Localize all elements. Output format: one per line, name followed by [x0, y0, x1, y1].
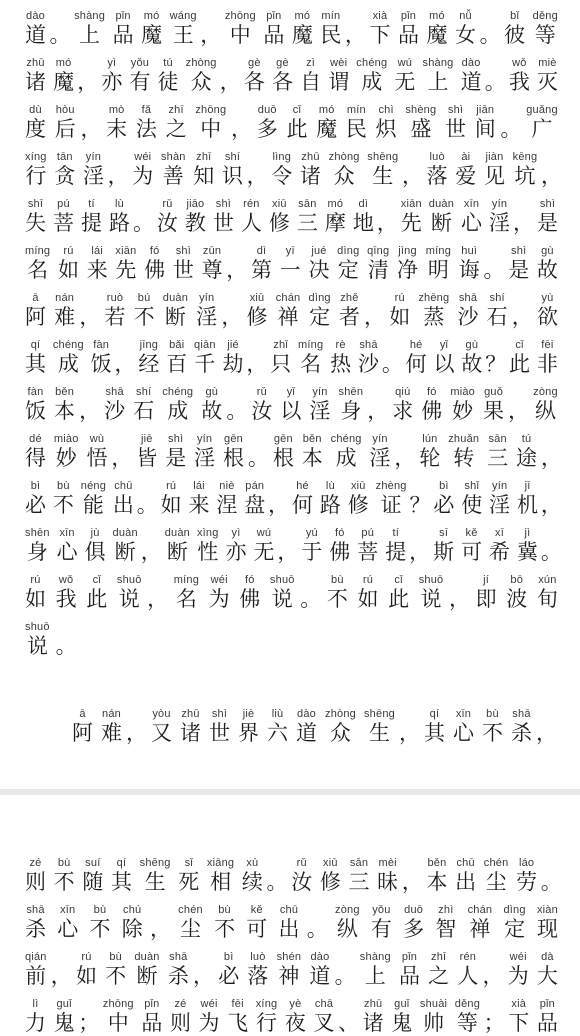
hanzi-char: 品 — [263, 24, 284, 48]
pinyin-annotation: xīn — [456, 706, 471, 722]
hanzi-char: 纵 — [337, 918, 358, 942]
hanzi-with-pinyin: xī希 — [489, 525, 510, 565]
hanzi-char: 成 — [58, 353, 79, 377]
pinyin-annotation: cǐ — [93, 572, 101, 588]
hanzi-char: 斯 — [433, 541, 454, 565]
hanzi-char: 可 — [461, 541, 482, 565]
pinyin-annotation — [142, 196, 145, 212]
hanzi-with-pinyin: chū出 — [113, 478, 134, 518]
hanzi-char: 一 — [280, 259, 301, 283]
punctuation-mark: 。 — [304, 572, 317, 612]
hanzi-with-pinyin: shēng生 — [367, 149, 398, 189]
pinyin-annotation: luò — [250, 949, 265, 965]
pinyin-annotation: shēn — [25, 525, 50, 541]
hanzi-char: 佛 — [239, 588, 260, 612]
hanzi-char: 禅 — [469, 918, 490, 942]
hanzi-with-pinyin: míng名 — [174, 572, 199, 612]
hanzi-char: 叉 — [314, 1012, 335, 1036]
hanzi-char: 不 — [54, 871, 75, 895]
punctuation-mark: ， — [487, 949, 500, 989]
hanzi-with-pinyin: bù不 — [105, 949, 126, 989]
hanzi-char: 佛 — [144, 259, 165, 283]
hanzi-with-pinyin: yín淫 — [370, 431, 391, 471]
hanzi-with-pinyin: bù不 — [53, 478, 74, 518]
pinyin-annotation: dì — [257, 243, 267, 259]
pinyin-annotation: zhī — [196, 149, 211, 165]
hanzi-char: 石 — [133, 400, 154, 424]
pinyin-annotation — [87, 996, 90, 1012]
hanzi-char: 上 — [365, 965, 386, 989]
hanzi-char: 劳 — [516, 871, 537, 895]
hanzi-with-pinyin: zhī知 — [193, 149, 214, 189]
hanzi-char: 相 — [210, 871, 231, 895]
hanzi-with-pinyin: yín淫 — [489, 478, 510, 518]
hanzi-char: 沙 — [358, 353, 379, 377]
hanzi-char: 本 — [426, 871, 447, 895]
pinyin-annotation — [545, 706, 548, 722]
hanzi-with-pinyin: lái来 — [87, 243, 108, 283]
hanzi-with-pinyin: zhōng中 — [195, 102, 226, 142]
hanzi-char: 。 — [137, 494, 158, 518]
hanzi-char: 者 — [339, 306, 360, 330]
hanzi-with-pinyin: wéi为 — [132, 149, 153, 189]
hanzi-with-pinyin: wáng王 — [170, 8, 197, 48]
hanzi-with-pinyin: tú徒 — [158, 55, 179, 95]
hanzi-with-pinyin: zhě者 — [339, 290, 360, 330]
hanzi-with-pinyin: rǔ汝 — [291, 855, 312, 895]
hanzi-with-pinyin: néng能 — [81, 478, 106, 518]
hanzi-char: 佛 — [329, 541, 350, 565]
pinyin-annotation: jīng — [140, 337, 159, 353]
hanzi-char: 菩 — [357, 541, 378, 565]
hanzi-char: 又 — [151, 722, 172, 746]
hanzi-char: 先 — [115, 259, 136, 283]
pinyin-annotation: rú — [363, 572, 373, 588]
hanzi-with-pinyin: xīn心 — [453, 706, 474, 746]
hanzi-with-pinyin: bì必 — [218, 949, 239, 989]
hanzi-with-pinyin: xiū修 — [348, 478, 369, 518]
punctuation-mark: 。 — [252, 431, 265, 471]
text-line: bì必bù不néng能chū出 。rú如lái来niè涅pán盘 ，hé何lù路… — [25, 478, 558, 518]
hanzi-char: 。 — [300, 588, 321, 612]
hanzi-char: 非 — [537, 353, 558, 377]
pinyin-annotation: xiū — [272, 196, 287, 212]
hanzi-with-pinyin: yín淫 — [194, 431, 215, 471]
hanzi-char: 说 — [272, 588, 293, 612]
pinyin-annotation: guǒ — [484, 384, 503, 400]
pinyin-annotation — [494, 337, 497, 353]
pinyin-annotation: shén — [277, 949, 302, 965]
hanzi-char: 断 — [165, 306, 186, 330]
pinyin-annotation: duō — [404, 902, 423, 918]
hanzi-with-pinyin: běn本 — [302, 431, 323, 471]
hanzi-with-pinyin: wǒ我 — [509, 55, 530, 95]
hanzi-with-pinyin: zhēng蒸 — [418, 290, 449, 330]
pinyin-annotation: chéng — [162, 384, 193, 400]
hanzi-with-pinyin: shí石 — [133, 384, 154, 424]
text-line: lì力guǐ鬼 ；zhōng中pǐn品zé则wéi为fēi飞xíng行yè夜ch… — [25, 996, 558, 1036]
hanzi-char: 悟 — [86, 447, 107, 471]
hanzi-with-pinyin: zhì智 — [435, 902, 456, 942]
hanzi-char: 欲 — [537, 306, 558, 330]
pinyin-annotation: chén — [484, 855, 509, 871]
hanzi-char: 皆 — [136, 447, 157, 471]
pinyin-annotation — [376, 384, 379, 400]
hanzi-with-pinyin: bì必 — [25, 478, 46, 518]
pinyin-annotation — [235, 384, 238, 400]
pinyin-annotation: shì — [176, 243, 191, 259]
hanzi-char: 。 — [248, 447, 269, 471]
hanzi-with-pinyin: rǔ汝 — [251, 384, 272, 424]
punctuation-mark: ， — [540, 706, 553, 746]
hanzi-char: 其 — [25, 353, 46, 377]
pinyin-annotation: lún — [422, 431, 437, 447]
hanzi-with-pinyin: gēn根 — [273, 431, 294, 471]
punctuation-mark: 。 — [339, 949, 352, 989]
pinyin-annotation: shí — [225, 149, 240, 165]
hanzi-with-pinyin: xìng性 — [197, 525, 219, 565]
pinyin-annotation: mó — [144, 8, 160, 24]
hanzi-char: 心 — [57, 918, 78, 942]
pinyin-annotation: pú — [57, 196, 70, 212]
hanzi-with-pinyin: guǎng广 — [526, 102, 558, 142]
pinyin-annotation: yù — [541, 290, 553, 306]
pinyin-annotation: yín — [312, 384, 327, 400]
hanzi-char: 蒸 — [423, 306, 444, 330]
text-line: ā阿nán难 ，yòu又zhū诸shì世jiè界liù六dào道zhòng众sh… — [25, 706, 558, 746]
pinyin-annotation — [89, 102, 92, 118]
pinyin-annotation — [255, 149, 258, 165]
hanzi-char: 故 — [537, 259, 558, 283]
hanzi-with-pinyin: jiè界 — [238, 706, 259, 746]
hanzi-with-pinyin: shàn善 — [161, 149, 186, 189]
hanzi-with-pinyin: dù度 — [25, 102, 46, 142]
hanzi-char: 为 — [508, 965, 529, 989]
pinyin-annotation: yǐ — [287, 384, 295, 400]
hanzi-with-pinyin: pú菩 — [357, 525, 378, 565]
hanzi-char: ， — [150, 918, 171, 942]
text-line: dù度hòu后 ，mò末fǎ法zhī之zhōng中 ，duō多cǐ此mó魔mín… — [25, 102, 558, 142]
pinyin-annotation: sān — [350, 855, 368, 871]
hanzi-char: 果 — [483, 400, 504, 424]
hanzi-with-pinyin: miào妙 — [54, 431, 79, 471]
pinyin-annotation: shā — [459, 290, 477, 306]
pinyin-annotation: xiū — [250, 290, 265, 306]
hanzi-char: 此 — [509, 353, 530, 377]
hanzi-char: 现 — [537, 918, 558, 942]
punctuation-mark: ， — [250, 337, 263, 377]
hanzi-char: 诸 — [300, 165, 321, 189]
pinyin-annotation: bì — [31, 478, 41, 494]
pinyin-annotation: bù — [109, 949, 122, 965]
hanzi-char: 大 — [537, 965, 558, 989]
hanzi-char: ， — [220, 71, 241, 95]
pinyin-annotation: yǒu — [131, 55, 149, 71]
text-line: zé则bù不suí随qí其shēng生sǐ死xiāng相xù续 。rǔ汝xiū修… — [25, 855, 558, 895]
pinyin-annotation: xīn — [464, 196, 479, 212]
hanzi-char: 教 — [185, 212, 206, 236]
pinyin-annotation — [493, 996, 496, 1012]
hanzi-char: 等 — [457, 1012, 478, 1036]
pinyin-annotation — [488, 8, 491, 24]
pinyin-annotation: chéng — [356, 55, 387, 71]
hanzi-with-pinyin: niè涅 — [216, 478, 237, 518]
hanzi-with-pinyin: shèng盛 — [405, 102, 436, 142]
hanzi-with-pinyin: dà大 — [537, 949, 558, 989]
hanzi-char: 自 — [300, 71, 321, 95]
paragraph-block-2: ā阿nán难 ，yòu又zhū诸shì世jiè界liù六dào道zhòng众sh… — [25, 706, 558, 753]
hanzi-char: 成 — [167, 400, 188, 424]
pinyin-annotation: bù — [57, 478, 70, 494]
hanzi-char: 尘 — [180, 918, 201, 942]
hanzi-with-pinyin: shā沙 — [104, 384, 125, 424]
pinyin-annotation: bǎi — [169, 337, 184, 353]
hanzi-char: 下 — [508, 1012, 529, 1036]
hanzi-char: 心 — [453, 722, 474, 746]
hanzi-with-pinyin: mó摩 — [325, 196, 346, 236]
pinyin-annotation: qí — [31, 337, 41, 353]
pinyin-annotation: fó — [335, 525, 345, 541]
hanzi-with-pinyin: dìng定 — [503, 902, 525, 942]
punctuation-mark: 。 — [60, 619, 73, 659]
pinyin-annotation: duàn — [165, 525, 190, 541]
pinyin-annotation: chú — [123, 902, 141, 918]
pinyin-annotation: guǐ — [56, 996, 71, 1012]
hanzi-char: ， — [108, 165, 129, 189]
hanzi-char: 热 — [330, 353, 351, 377]
pinyin-annotation — [492, 243, 495, 259]
pinyin-annotation: wéi — [211, 572, 228, 588]
hanzi-with-pinyin: fēi非 — [537, 337, 558, 377]
pinyin-annotation — [146, 478, 149, 494]
hanzi-char: 明 — [428, 259, 449, 283]
hanzi-with-pinyin: pǐn品 — [141, 996, 162, 1036]
hanzi-with-pinyin: yín淫 — [196, 290, 217, 330]
hanzi-char: 以 — [280, 400, 301, 424]
hanzi-char: 鬼 — [391, 1012, 412, 1036]
pinyin-annotation: suí — [85, 855, 100, 871]
hanzi-char: 度 — [25, 118, 46, 142]
hanzi-with-pinyin: jì冀 — [517, 525, 538, 565]
pinyin-annotation: shì — [168, 431, 183, 447]
hanzi-char: 末 — [106, 118, 127, 142]
hanzi-char: ， — [377, 212, 398, 236]
pinyin-annotation: dé — [29, 431, 42, 447]
hanzi-with-pinyin: huì诲 — [459, 243, 480, 283]
hanzi-char: 上 — [427, 71, 448, 95]
hanzi-with-pinyin: dé得 — [25, 431, 46, 471]
pinyin-annotation: tú — [163, 55, 173, 71]
hanzi-with-pinyin: chì炽 — [376, 102, 397, 142]
hanzi-with-pinyin: zhū诸 — [25, 55, 46, 95]
hanzi-with-pinyin: shì是 — [508, 243, 529, 283]
hanzi-char: 不 — [89, 918, 110, 942]
hanzi-char: ， — [541, 447, 562, 471]
hanzi-char: 诸 — [180, 722, 201, 746]
hanzi-char: 失 — [25, 212, 46, 236]
hanzi-char: 知 — [193, 165, 214, 189]
hanzi-with-pinyin: shàng上 — [423, 55, 454, 95]
pinyin-annotation: zhū — [364, 996, 382, 1012]
hanzi-with-pinyin: mó魔 — [53, 55, 74, 95]
pinyin-annotation: míng — [25, 243, 50, 259]
hanzi-with-pinyin: suí随 — [82, 855, 103, 895]
hanzi-char: 妙 — [452, 400, 473, 424]
hanzi-char: 魔 — [427, 24, 448, 48]
punctuation-mark: ， — [151, 572, 164, 612]
hanzi-char: ？ — [485, 353, 506, 377]
pinyin-annotation — [116, 149, 119, 165]
hanzi-with-pinyin: xíng行 — [256, 996, 278, 1036]
hanzi-char: 爱 — [455, 165, 476, 189]
hanzi-char: 劫 — [223, 353, 244, 377]
hanzi-with-pinyin: cǐ此 — [388, 572, 409, 612]
hanzi-char: 行 — [25, 165, 46, 189]
hanzi-with-pinyin: qí其 — [25, 337, 46, 377]
hanzi-char: 各 — [272, 71, 293, 95]
pinyin-annotation — [550, 431, 553, 447]
hanzi-char: 旬 — [537, 588, 558, 612]
pinyin-annotation: tú — [522, 431, 532, 447]
hanzi-char: 心 — [57, 541, 78, 565]
pinyin-annotation: dìng — [337, 243, 359, 259]
hanzi-char: 我 — [509, 71, 530, 95]
hanzi-with-pinyin: lù路 — [320, 478, 341, 518]
hanzi-with-pinyin: bú不 — [134, 290, 155, 330]
hanzi-char: 定 — [504, 918, 525, 942]
hanzi-with-pinyin: rú如 — [161, 478, 182, 518]
hanzi-char: 证 — [381, 494, 402, 518]
pinyin-annotation: pǐn — [401, 8, 416, 24]
hanzi-char: 贪 — [54, 165, 75, 189]
hanzi-with-pinyin: cǐ此 — [286, 102, 307, 142]
hanzi-with-pinyin: tān贪 — [54, 149, 75, 189]
pinyin-annotation — [88, 384, 91, 400]
hanzi-with-pinyin: duō多 — [257, 102, 278, 142]
pinyin-annotation: zhòng — [325, 706, 356, 722]
hanzi-char: 品 — [537, 1012, 558, 1036]
hanzi-with-pinyin: chán禅 — [468, 902, 493, 942]
hanzi-with-pinyin: chéng成 — [356, 55, 387, 95]
hanzi-with-pinyin: jù俱 — [85, 525, 106, 565]
hanzi-char: 汝 — [251, 400, 272, 424]
hanzi-char: ， — [508, 400, 529, 424]
hanzi-char: ， — [367, 400, 388, 424]
hanzi-char: 尘 — [486, 871, 507, 895]
pinyin-annotation: shàng — [423, 55, 454, 71]
pinyin-annotation: mó — [56, 55, 72, 71]
hanzi-with-pinyin: rú如 — [389, 290, 410, 330]
hanzi-with-pinyin: shā杀 — [25, 902, 46, 942]
hanzi-with-pinyin: yín淫 — [309, 384, 330, 424]
hanzi-with-pinyin: xiān先 — [401, 196, 422, 236]
hanzi-char: 死 — [178, 871, 199, 895]
hanzi-char: 夜 — [285, 1012, 306, 1036]
pinyin-annotation: xiāng — [207, 855, 234, 871]
pinyin-annotation — [491, 949, 494, 965]
punctuation-mark: 。 — [487, 243, 500, 283]
hanzi-char: 炽 — [376, 118, 397, 142]
hanzi-char: 修 — [269, 212, 290, 236]
pinyin-annotation: bù — [94, 902, 107, 918]
hanzi-with-pinyin: shuō说 — [419, 572, 444, 612]
hanzi-with-pinyin: duàn断 — [163, 290, 188, 330]
pinyin-annotation: pǐn — [266, 8, 281, 24]
hanzi-char: 魔 — [316, 118, 337, 142]
punctuation-mark: ， — [413, 525, 426, 565]
hanzi-char: ， — [226, 259, 247, 283]
hanzi-with-pinyin: miào妙 — [450, 384, 475, 424]
punctuation-mark: 。 — [545, 525, 558, 565]
hanzi-with-pinyin: zòng纵 — [533, 384, 558, 424]
pinyin-annotation — [123, 337, 126, 353]
hanzi-char: 。 — [133, 212, 154, 236]
hanzi-char: 提 — [385, 541, 406, 565]
pinyin-annotation: zé — [174, 996, 186, 1012]
pinyin-annotation: gù — [466, 337, 479, 353]
punctuation-mark: ， — [84, 102, 97, 142]
pinyin-annotation: ruò — [107, 290, 124, 306]
hanzi-with-pinyin: fàn饭 — [91, 337, 112, 377]
pinyin-annotation: guǐ — [394, 996, 409, 1012]
pinyin-annotation: tí — [88, 196, 95, 212]
hanzi-char: 希 — [489, 541, 510, 565]
pinyin-annotation: fó — [150, 243, 160, 259]
hanzi-with-pinyin: tú途 — [516, 431, 537, 471]
pinyin-annotation: nǚ — [459, 8, 472, 24]
pinyin-annotation: míng — [426, 243, 451, 259]
hanzi-with-pinyin: wǒ我 — [56, 572, 77, 612]
hanzi-with-pinyin: chéng成 — [53, 337, 84, 377]
hanzi-char: 何 — [292, 494, 313, 518]
pinyin-annotation: shàn — [161, 149, 186, 165]
pinyin-annotation: zhōng — [225, 8, 256, 24]
hanzi-with-pinyin: bì必 — [433, 478, 454, 518]
pinyin-annotation: kě — [466, 525, 478, 541]
hanzi-char: 续 — [242, 871, 263, 895]
pinyin-annotation: běn — [303, 431, 322, 447]
hanzi-with-pinyin: chú除 — [122, 902, 143, 942]
pinyin-annotation: mó — [327, 196, 343, 212]
hanzi-char: 淫 — [83, 165, 104, 189]
hanzi-with-pinyin: shén神 — [277, 949, 302, 989]
pinyin-annotation: sān — [488, 431, 506, 447]
pinyin-annotation: shì — [511, 243, 526, 259]
hanzi-char: 其 — [424, 722, 445, 746]
hanzi-with-pinyin: jí即 — [476, 572, 497, 612]
hanzi-with-pinyin: xún旬 — [537, 572, 558, 612]
pinyin-annotation — [418, 478, 421, 494]
pinyin-annotation: rú — [395, 290, 405, 306]
hanzi-char: 众 — [191, 71, 212, 95]
pinyin-annotation: gù — [205, 384, 218, 400]
hanzi-with-pinyin: nán难 — [54, 290, 75, 330]
hanzi-with-pinyin: dào道 — [296, 706, 317, 746]
hanzi-with-pinyin: guǐ鬼 — [54, 996, 75, 1036]
hanzi-with-pinyin: lái来 — [189, 478, 210, 518]
hanzi-with-pinyin: fó佛 — [329, 525, 350, 565]
hanzi-with-pinyin: lì力 — [25, 996, 46, 1036]
hanzi-with-pinyin: shì是 — [165, 431, 186, 471]
pinyin-annotation: xiān — [115, 243, 136, 259]
hanzi-with-pinyin: tí提 — [81, 196, 102, 236]
hanzi-char: 不 — [327, 588, 348, 612]
pinyin-annotation: shā — [359, 337, 377, 353]
pinyin-annotation: jù — [91, 525, 100, 541]
pinyin-annotation: shèng — [405, 102, 436, 118]
pinyin-annotation: yì — [107, 55, 116, 71]
hanzi-with-pinyin: hòu后 — [55, 102, 76, 142]
